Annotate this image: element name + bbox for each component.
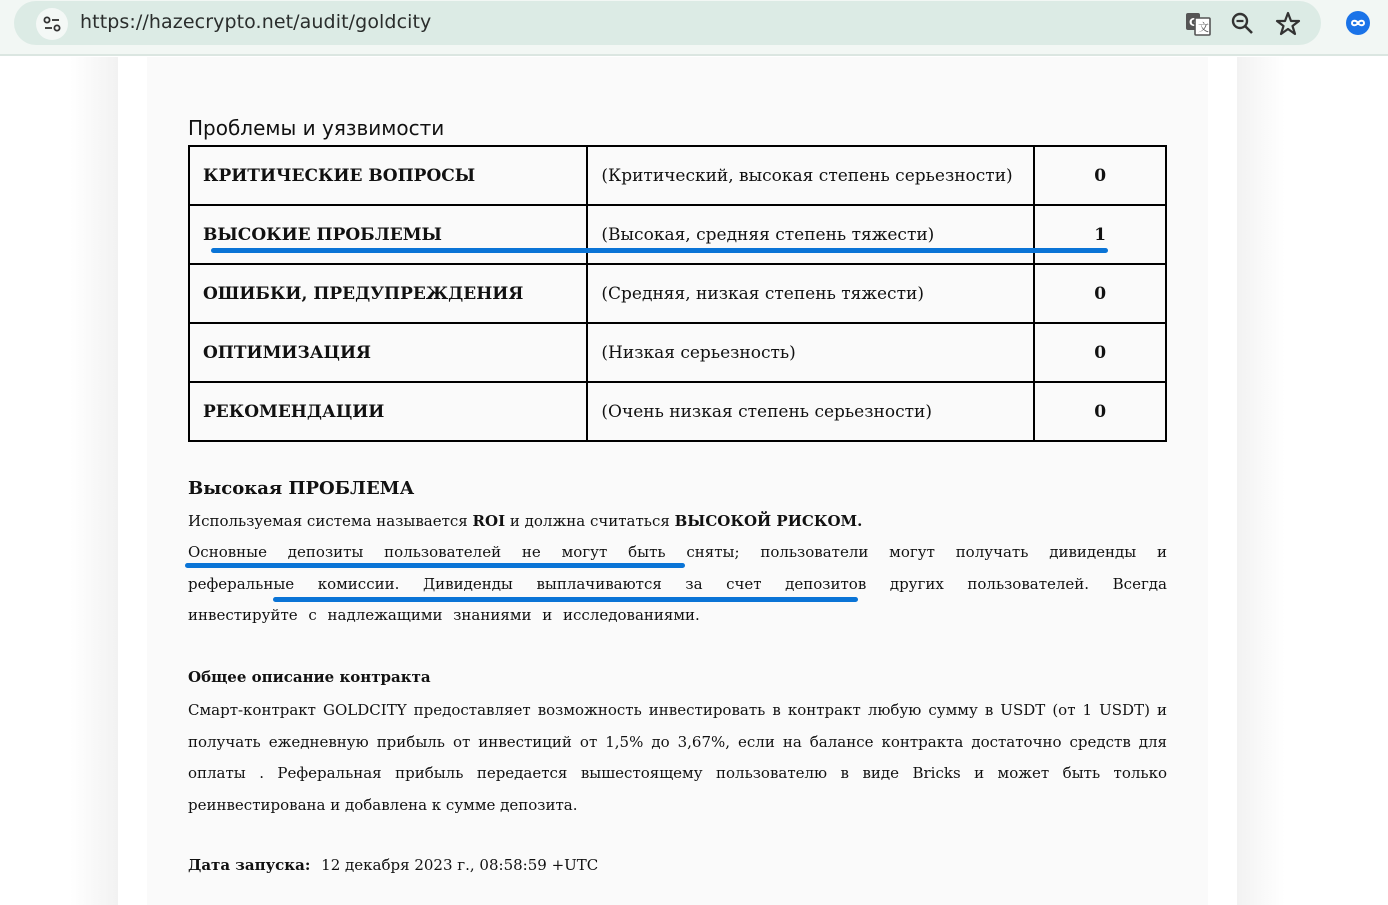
browser-toolbar: https://hazecrypto.net/audit/goldcity G … bbox=[0, 0, 1388, 56]
translate-icon[interactable]: G 文 bbox=[1184, 10, 1212, 38]
risk-label: ВЫСОКОЙ РИСКОМ. bbox=[675, 512, 863, 530]
annotation-underline bbox=[211, 248, 1108, 253]
table-row: РЕКОМЕНДАЦИИ (Очень низкая степень серье… bbox=[189, 382, 1166, 441]
issue-count: 0 bbox=[1034, 382, 1166, 441]
table-row: ОШИБКИ, ПРЕДУПРЕЖДЕНИЯ (Средняя, низкая … bbox=[189, 264, 1166, 323]
page-gutter-right bbox=[1237, 57, 1285, 905]
issue-count: 1 bbox=[1034, 205, 1166, 264]
issue-name: РЕКОМЕНДАЦИИ bbox=[189, 382, 587, 441]
issue-description: (Критический, высокая степень серьезност… bbox=[587, 146, 1034, 205]
table-row: ОПТИМИЗАЦИЯ (Низкая серьезность) 0 bbox=[189, 323, 1166, 382]
issue-name: ОШИБКИ, ПРЕДУПРЕЖДЕНИЯ bbox=[189, 264, 587, 323]
high-problem-body: Основные депозиты пользователей не могут… bbox=[188, 537, 1167, 632]
url-text[interactable]: https://hazecrypto.net/audit/goldcity bbox=[80, 11, 431, 33]
issue-count: 0 bbox=[1034, 323, 1166, 382]
contract-description-body: Смарт-контракт GOLDCITY предоставляет во… bbox=[188, 695, 1167, 821]
issue-name: КРИТИЧЕСКИЕ ВОПРОСЫ bbox=[189, 146, 587, 205]
summary-text: Используемая система называется bbox=[188, 512, 473, 530]
table-row: ВЫСОКИЕ ПРОБЛЕМЫ (Высокая, средняя степе… bbox=[189, 205, 1166, 264]
issue-description: (Очень низкая степень серьезности) bbox=[587, 382, 1034, 441]
launch-date: Дата запуска: 12 декабря 2023 г., 08:58:… bbox=[188, 856, 598, 874]
issue-count: 0 bbox=[1034, 264, 1166, 323]
launch-date-value: 12 декабря 2023 г., 08:58:59 +UTC bbox=[321, 856, 598, 874]
high-problem-summary: Используемая система называется ROI и до… bbox=[188, 506, 1167, 538]
launch-date-label: Дата запуска: bbox=[188, 856, 310, 874]
issue-description: (Низкая серьезность) bbox=[587, 323, 1034, 382]
zoom-out-icon[interactable] bbox=[1229, 10, 1257, 38]
high-problem-title: Высокая ПРОБЛЕМА bbox=[188, 478, 414, 499]
svg-text:文: 文 bbox=[1198, 21, 1209, 34]
address-bar[interactable]: https://hazecrypto.net/audit/goldcity bbox=[14, 1, 1321, 45]
issue-count: 0 bbox=[1034, 146, 1166, 205]
site-info-icon[interactable] bbox=[36, 8, 68, 40]
annotation-underline bbox=[185, 563, 685, 568]
bookmark-star-icon[interactable] bbox=[1274, 10, 1302, 38]
contract-description-title: Общее описание контракта bbox=[188, 668, 431, 686]
roi-label: ROI bbox=[473, 512, 506, 530]
issue-description: (Средняя, низкая степень тяжести) bbox=[587, 264, 1034, 323]
page-gutter-left bbox=[70, 57, 118, 905]
issue-description: (Высокая, средняя степень тяжести) bbox=[587, 205, 1034, 264]
issues-table: КРИТИЧЕСКИЕ ВОПРОСЫ (Критический, высока… bbox=[188, 145, 1167, 442]
issue-name: ВЫСОКИЕ ПРОБЛЕМЫ bbox=[189, 205, 587, 264]
issue-name: ОПТИМИЗАЦИЯ bbox=[189, 323, 587, 382]
extension-infinity-icon[interactable] bbox=[1346, 11, 1370, 35]
table-row: КРИТИЧЕСКИЕ ВОПРОСЫ (Критический, высока… bbox=[189, 146, 1166, 205]
issues-title: Проблемы и уязвимости bbox=[188, 116, 444, 140]
summary-text: и должна считаться bbox=[505, 512, 675, 530]
annotation-underline bbox=[273, 597, 858, 602]
